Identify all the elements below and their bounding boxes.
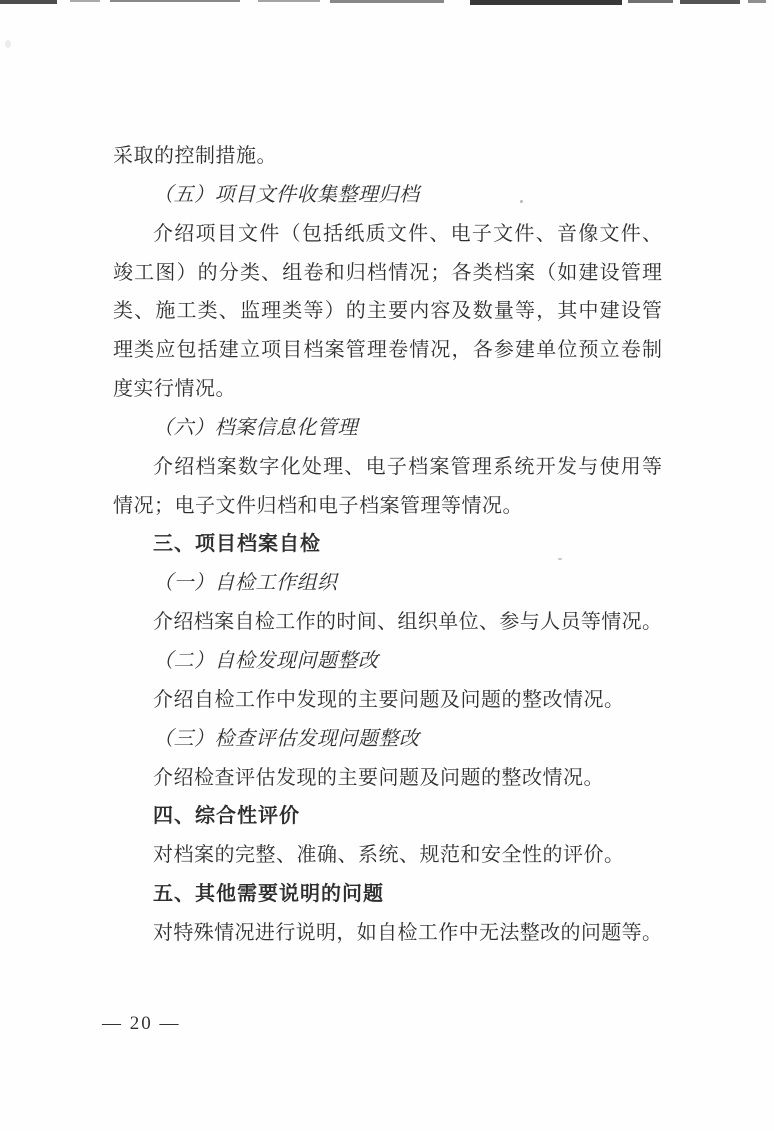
footer-page-number: — 20 —	[102, 1011, 181, 1037]
body-text-line: 理类应包括建立项目档案管理卷情况，各参建单位预立卷制	[113, 331, 662, 370]
scan-artifact-top-edge	[470, 0, 622, 5]
body-text-line: 情况；电子文件归档和电子档案管理等情况。	[113, 487, 662, 526]
section-heading: 三、项目档案自检	[113, 525, 662, 564]
body-text-line: 对档案的完整、准确、系统、规范和安全性的评价。	[113, 836, 662, 875]
body-text-line: 竣工图）的分类、组卷和归档情况；各类档案（如建设管理	[113, 254, 662, 293]
scan-artifact-top-edge	[70, 0, 100, 2]
body-text-line: 采取的控制措施。	[113, 137, 662, 176]
scan-artifact-top-edge	[0, 0, 57, 4]
sub-heading: （六）档案信息化管理	[113, 409, 662, 448]
scan-artifact-top-edge	[748, 0, 766, 3]
scan-artifact-top-edge	[258, 0, 320, 2]
body-text-line: 类、施工类、监理类等）的主要内容及数量等，其中建设管	[113, 292, 662, 331]
sub-heading: （五）项目文件收集整理归档	[113, 176, 662, 215]
document-body: 采取的控制措施。（五）项目文件收集整理归档介绍项目文件（包括纸质文件、电子文件、…	[113, 137, 662, 953]
scanned-document-page: 采取的控制措施。（五）项目文件收集整理归档介绍项目文件（包括纸质文件、电子文件、…	[0, 0, 774, 1131]
body-text-line: 介绍档案自检工作的时间、组织单位、参与人员等情况。	[113, 603, 662, 642]
scan-speck	[5, 40, 11, 48]
section-heading: 五、其他需要说明的问题	[113, 875, 662, 914]
body-text-line: 介绍项目文件（包括纸质文件、电子文件、音像文件、	[113, 215, 662, 254]
body-text-line: 介绍检查评估发现的主要问题及问题的整改情况。	[113, 759, 662, 798]
section-heading: 四、综合性评价	[113, 797, 662, 836]
body-text-line: 介绍档案数字化处理、电子档案管理系统开发与使用等	[113, 448, 662, 487]
sub-heading: （三）检查评估发现问题整改	[113, 720, 662, 759]
body-text-line: 对特殊情况进行说明，如自检工作中无法整改的问题等。	[113, 914, 662, 953]
body-text-line: 介绍自检工作中发现的主要问题及问题的整改情况。	[113, 681, 662, 720]
scan-artifact-top-edge	[628, 0, 673, 3]
sub-heading: （二）自检发现问题整改	[113, 642, 662, 681]
scan-artifact-top-edge	[680, 0, 740, 4]
scan-artifact-top-edge	[110, 0, 240, 2]
sub-heading: （一）自检工作组织	[113, 564, 662, 603]
body-text-line: 度实行情况。	[113, 370, 662, 409]
scan-artifact-top-edge	[330, 0, 444, 3]
